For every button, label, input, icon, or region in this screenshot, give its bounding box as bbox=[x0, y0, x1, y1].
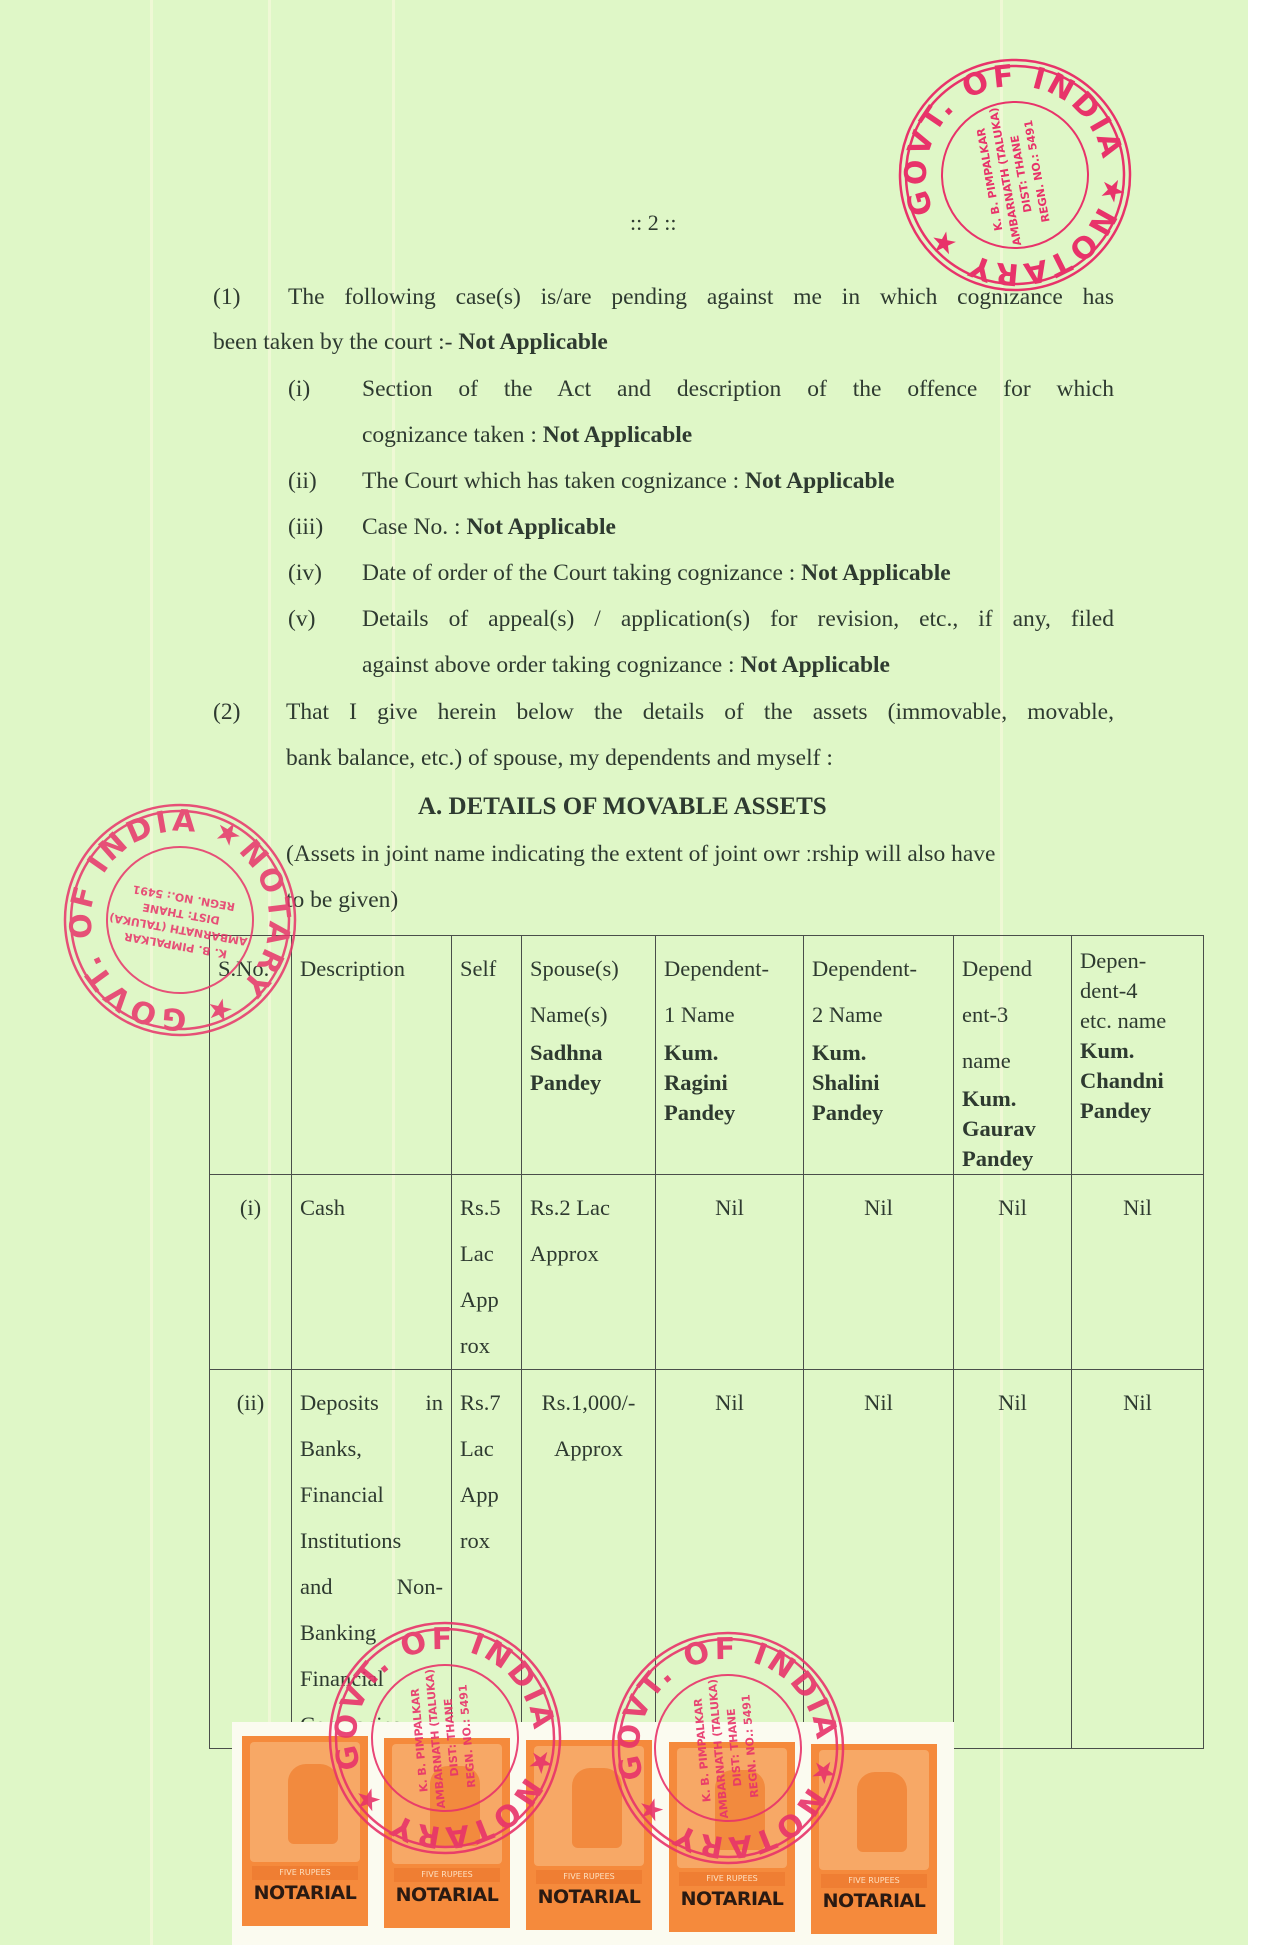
dep3-label2: ent-3 bbox=[962, 1002, 1008, 1027]
notarial-stamp-strip: FIVE RUPEES NOTARIAL FIVE RUPEES NOTARIA… bbox=[232, 1722, 954, 1945]
stamp-label: NOTARIAL bbox=[811, 1890, 937, 1912]
dep2-name-last: Pandey bbox=[812, 1098, 945, 1128]
header-spouse-label: Spouse(s) bbox=[530, 956, 619, 981]
sub-item-i-status: Not Applicable bbox=[543, 422, 693, 448]
dep1-name-first: Ragini bbox=[664, 1068, 795, 1098]
spouse-name-last: Pandey bbox=[530, 1068, 647, 1098]
row-self: Rs.5LacApprox bbox=[452, 1175, 522, 1370]
sub-item-v-number: (v) bbox=[288, 608, 315, 632]
stamp-label: NOTARIAL bbox=[669, 1888, 795, 1910]
stamp-label: NOTARIAL bbox=[384, 1884, 510, 1906]
dep4-label3: etc. name bbox=[1080, 1008, 1166, 1033]
dep3-label3: name bbox=[962, 1048, 1011, 1073]
row-sno: (i) bbox=[210, 1175, 292, 1370]
sub-item-i-line1: Section of the Act and description of th… bbox=[362, 378, 1114, 402]
dep3-name-last: Pandey bbox=[962, 1144, 1063, 1174]
stamp-label: NOTARIAL bbox=[242, 1882, 368, 1904]
sub-item-iv-number: (iv) bbox=[288, 562, 322, 586]
spouse-name-first: Sadhna bbox=[530, 1038, 647, 1068]
sub-item-v-text: against above order taking cognizance : bbox=[362, 652, 740, 678]
dep2-label: Dependent- bbox=[812, 956, 917, 981]
page-number: :: 2 :: bbox=[630, 210, 676, 236]
row-description: Deposits inBanks,FinancialInstitutionsan… bbox=[292, 1370, 452, 1749]
stamp-denomination: FIVE RUPEES bbox=[394, 1868, 500, 1882]
row-dep1: Nil bbox=[656, 1175, 804, 1370]
revenue-stamp: FIVE RUPEES NOTARIAL bbox=[669, 1742, 795, 1932]
row-spouse: Rs.1,000/-Approx bbox=[522, 1370, 656, 1749]
table-row: (i) Cash Rs.5LacApprox Rs.2 LacApprox Ni… bbox=[210, 1175, 1204, 1370]
table-header-row: S.No. Description Self Spouse(s) Name(s)… bbox=[210, 936, 1204, 1175]
header-spouse-label2: Name(s) bbox=[530, 1002, 607, 1027]
section-heading: A. DETAILS OF MOVABLE ASSETS bbox=[418, 793, 827, 821]
sub-item-iv-text: Date of order of the Court taking cogniz… bbox=[362, 560, 801, 586]
header-dependent-4: Depen- dent-4 etc. name Kum. Chandni Pan… bbox=[1072, 936, 1204, 1175]
sub-item-i-number: (i) bbox=[288, 378, 310, 402]
dep4-name-first: Chandni bbox=[1080, 1066, 1195, 1096]
dep1-label: Dependent- bbox=[664, 956, 769, 981]
header-sno: S.No. bbox=[210, 936, 292, 1175]
sub-item-i-text: cognizance taken : bbox=[362, 422, 543, 448]
dep1-label2: 1 Name bbox=[664, 1002, 735, 1027]
dep1-name-last: Pandey bbox=[664, 1098, 795, 1128]
dep3-name-first: Gaurav bbox=[962, 1114, 1063, 1144]
movable-assets-table: S.No. Description Self Spouse(s) Name(s)… bbox=[209, 935, 1204, 1749]
row-dep4: Nil bbox=[1072, 1370, 1204, 1749]
header-dependent-3: Depend ent-3 name Kum. Gaurav Pandey bbox=[954, 936, 1072, 1175]
revenue-stamp: FIVE RUPEES NOTARIAL bbox=[242, 1736, 368, 1926]
dep2-label2: 2 Name bbox=[812, 1002, 883, 1027]
para2-line1: That I give herein below the details of … bbox=[286, 701, 1114, 725]
note-line1: (Assets in joint name indicating the ext… bbox=[286, 843, 995, 867]
para2-number: (2) bbox=[213, 701, 240, 725]
para1-status: Not Applicable bbox=[458, 329, 608, 355]
header-dependent-2: Dependent- 2 Name Kum. Shalini Pandey bbox=[804, 936, 954, 1175]
para1-line1: The following case(s) is/are pending aga… bbox=[288, 286, 1114, 310]
sub-item-v-line2: against above order taking cognizance : … bbox=[362, 654, 890, 678]
sub-item-iii-number: (iii) bbox=[288, 516, 323, 540]
ashoka-emblem-icon bbox=[572, 1768, 622, 1848]
row-sno: (ii) bbox=[210, 1370, 292, 1749]
dep4-title: Kum. bbox=[1080, 1036, 1195, 1066]
header-dependent-1: Dependent- 1 Name Kum. Ragini Pandey bbox=[656, 936, 804, 1175]
stamp-denomination: FIVE RUPEES bbox=[536, 1870, 642, 1884]
dep4-name-last: Pandey bbox=[1080, 1096, 1195, 1126]
revenue-stamp: FIVE RUPEES NOTARIAL bbox=[526, 1740, 652, 1930]
stamp-denomination: FIVE RUPEES bbox=[252, 1866, 358, 1880]
revenue-stamp: FIVE RUPEES NOTARIAL bbox=[811, 1744, 937, 1934]
dep2-name-first: Shalini bbox=[812, 1068, 945, 1098]
sub-item-iii-status: Not Applicable bbox=[466, 514, 616, 540]
stamp-label: NOTARIAL bbox=[526, 1886, 652, 1908]
ashoka-emblem-icon bbox=[288, 1764, 338, 1844]
ashoka-emblem-icon bbox=[857, 1772, 907, 1852]
para1-line2-text: been taken by the court :- bbox=[213, 329, 458, 355]
revenue-stamp: FIVE RUPEES NOTARIAL bbox=[384, 1738, 510, 1928]
para1-line2: been taken by the court :- Not Applicabl… bbox=[213, 331, 608, 355]
sub-item-i-line2: cognizance taken : Not Applicable bbox=[362, 424, 692, 448]
dep2-title: Kum. bbox=[812, 1038, 945, 1068]
table-row: (ii) Deposits inBanks,FinancialInstituti… bbox=[210, 1370, 1204, 1749]
sub-item-iii-line: Case No. : Not Applicable bbox=[362, 516, 616, 540]
dep4-label2: dent-4 bbox=[1080, 978, 1137, 1003]
note-line2: to be given) bbox=[286, 889, 398, 913]
para1-number: (1) bbox=[213, 286, 240, 310]
ashoka-emblem-icon bbox=[430, 1766, 480, 1846]
row-dep4: Nil bbox=[1072, 1175, 1204, 1370]
paper-fold-line bbox=[150, 0, 153, 1945]
sub-item-v-line1: Details of appeal(s) / application(s) fo… bbox=[362, 608, 1114, 632]
row-dep3: Nil bbox=[954, 1370, 1072, 1749]
row-description: Cash bbox=[292, 1175, 452, 1370]
row-dep3: Nil bbox=[954, 1175, 1072, 1370]
row-dep2: Nil bbox=[804, 1175, 954, 1370]
dep1-title: Kum. bbox=[664, 1038, 795, 1068]
sub-item-ii-text: The Court which has taken cognizance : bbox=[362, 468, 745, 494]
row-dep2: Nil bbox=[804, 1370, 954, 1749]
row-self: Rs.7LacApprox bbox=[452, 1370, 522, 1749]
row-spouse: Rs.2 LacApprox bbox=[522, 1175, 656, 1370]
sub-item-ii-number: (ii) bbox=[288, 470, 317, 494]
para2-line2: bank balance, etc.) of spouse, my depend… bbox=[286, 747, 833, 771]
row-dep1: Nil bbox=[656, 1370, 804, 1749]
sub-item-v-status: Not Applicable bbox=[740, 652, 890, 678]
stamp-denomination: FIVE RUPEES bbox=[821, 1874, 927, 1888]
ashoka-emblem-icon bbox=[715, 1770, 765, 1850]
header-self: Self bbox=[452, 936, 522, 1175]
stamp-denomination: FIVE RUPEES bbox=[679, 1872, 785, 1886]
header-description: Description bbox=[292, 936, 452, 1175]
dep3-label: Depend bbox=[962, 956, 1032, 981]
dep3-title: Kum. bbox=[962, 1084, 1063, 1114]
sub-item-ii-line: The Court which has taken cognizance : N… bbox=[362, 470, 895, 494]
header-spouse: Spouse(s) Name(s) Sadhna Pandey bbox=[522, 936, 656, 1175]
sub-item-ii-status: Not Applicable bbox=[745, 468, 895, 494]
sub-item-iv-line: Date of order of the Court taking cogniz… bbox=[362, 562, 951, 586]
dep4-label: Depen- bbox=[1080, 948, 1146, 973]
sub-item-iii-text: Case No. : bbox=[362, 514, 466, 540]
sub-item-iv-status: Not Applicable bbox=[801, 560, 951, 586]
